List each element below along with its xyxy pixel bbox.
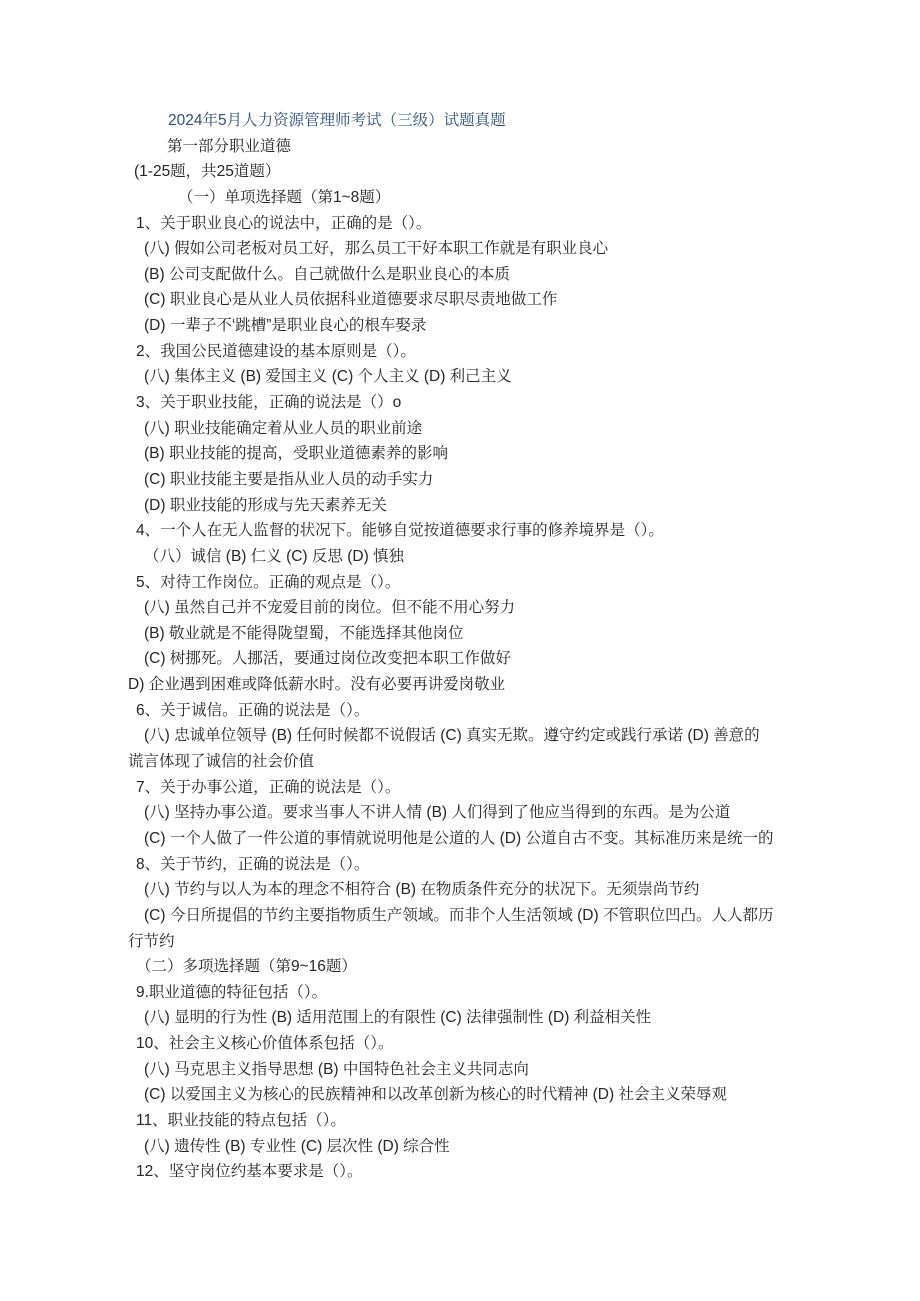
continuation-line: 行节约 (128, 929, 890, 955)
document-title: 2024年5月人力资源管理师考试（三级）试题真题 (168, 108, 890, 134)
question-line: 6、关于诚信。正确的说法是（）。 (136, 698, 890, 724)
question-line: 2、我国公民道德建设的基本原则是（）。 (136, 339, 890, 365)
section-heading-single-choice: （一）单项选择题（第1~8题） (178, 185, 890, 211)
option-line: (D) 职业技能的形成与先天素养无关 (144, 493, 890, 519)
option-line: (八) 节约与以人为本的理念不相符合 (B) 在物质条件充分的状况下。无须崇尚节… (144, 877, 890, 903)
option-line: (C) 以爱国主义为核心的民族精神和以改革创新为核心的时代精神 (D) 社会主义… (144, 1082, 890, 1108)
question-line: 5、对待工作岗位。正确的观点是（）。 (136, 570, 890, 596)
question-line: 8、关于节约，正确的说法是（）。 (136, 852, 890, 878)
option-line: (B) 职业技能的提高，受职业道德素养的影响 (144, 441, 890, 467)
question-line: 3、关于职业技能，正确的说法是（）o (136, 390, 890, 416)
document-page: 2024年5月人力资源管理师考试（三级）试题真题第一部分职业道德(1-25题，共… (0, 0, 920, 1301)
option-line: (八) 显明的行为性 (B) 适用范围上的有限性 (C) 法律强制性 (D) 利… (144, 1005, 890, 1031)
option-line: (八) 马克思主义指导思想 (B) 中国特色社会主义共同志向 (144, 1057, 890, 1083)
question-line: 12、坚守岗位约基本要求是（）。 (136, 1159, 890, 1185)
option-line: (C) 职业良心是从业人员依据科业道德要求尽职尽责地做工作 (144, 287, 890, 313)
option-line: (B) 敬业就是不能得陇望蜀，不能选择其他岗位 (144, 621, 890, 647)
question-line: 4、一个人在无人监督的状况下。能够自觉按道德要求行事的修养境界是（）。 (136, 518, 890, 544)
option-line: (八) 假如公司老板对员工好，那么员工干好本职工作就是有职业良心 (144, 236, 890, 262)
option-line: (八) 虽然自己并不宠爱目前的岗位。但不能不用心努力 (144, 595, 890, 621)
option-line: (八) 坚持办事公道。要求当事人不讲人情 (B) 人们得到了他应当得到的东西。是… (144, 800, 890, 826)
option-line: (八) 遗传性 (B) 专业性 (C) 层次性 (D) 综合性 (144, 1134, 890, 1160)
continuation-line: D) 企业遇到困难或降低薪水时。没有必要再讲爱岗敬业 (128, 672, 890, 698)
option-line: (八) 职业技能确定着从业人员的职业前途 (144, 416, 890, 442)
option-line: (C) 一个人做了一件公道的事情就说明他是公道的人 (D) 公道自古不变。其标准… (144, 826, 890, 852)
document-body: 2024年5月人力资源管理师考试（三级）试题真题第一部分职业道德(1-25题，共… (128, 108, 890, 1185)
option-line: (D) 一辈子不‘跳槽”是职业良心的根车娶录 (144, 313, 890, 339)
continuation-line: 谎言体现了诚信的社会价值 (128, 749, 890, 775)
question-count-note: (1-25题，共25道题） (134, 159, 890, 185)
option-line: （八）诚信 (B) 仁义 (C) 反思 (D) 慎独 (144, 544, 890, 570)
option-line: (B) 公司支配做什么。自己就做什么是职业良心的本质 (144, 262, 890, 288)
question-line: 10、社会主义核心价值体系包括（）。 (136, 1031, 890, 1057)
question-line: 11、职业技能的特点包括（）。 (136, 1108, 890, 1134)
option-line: (C) 树挪死。人挪活，要通过岗位改变把本职工作做好 (144, 646, 890, 672)
option-line: (八) 集体主义 (B) 爱国主义 (C) 个人主义 (D) 利己主义 (144, 364, 890, 390)
question-line: 7、关于办事公道，正确的说法是（）。 (136, 775, 890, 801)
question-line: 9.职业道德的特征包括（）。 (136, 980, 890, 1006)
part-heading: 第一部分职业道德 (167, 134, 890, 160)
section-heading-multi-choice: （二）多项选择题（第9~16题） (136, 954, 890, 980)
option-line: (八) 忠诚单位领导 (B) 任何时候都不说假话 (C) 真实无欺。遵守约定或践… (144, 723, 890, 749)
option-line: (C) 今日所提倡的节约主要指物质生产领域。而非个人生活领域 (D) 不管职位凹… (144, 903, 890, 929)
question-line: 1、关于职业良心的说法中，正确的是（）。 (136, 211, 890, 237)
option-line: (C) 职业技能主要是指从业人员的动手实力 (144, 467, 890, 493)
